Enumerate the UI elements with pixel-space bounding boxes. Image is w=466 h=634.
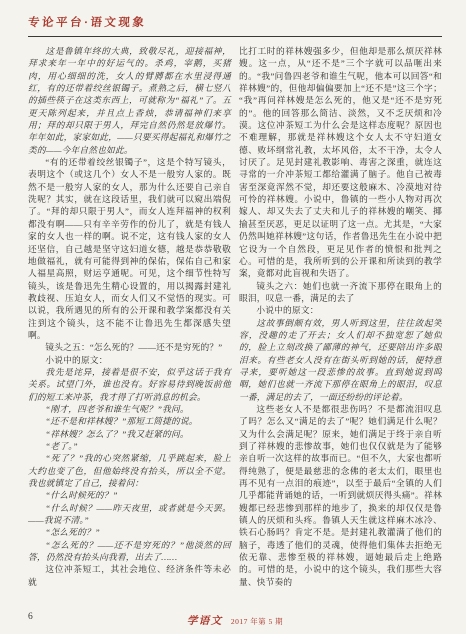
paragraph: 我先是诧异，接着是很不安，似乎这话于我有关系。试望门外，谁也没有。好容易待到晚饭… <box>28 366 231 403</box>
left-column: 这是鲁镇年终的大典，致敬尽礼，迎接福神，拜求来年一年中的好运气的。杀鸡，宰鹅，买… <box>28 45 231 598</box>
paragraph: 这位冲茶短工，其社会地位、经济条件等未必就 <box>28 563 231 588</box>
paragraph: 小说中的原文： <box>239 304 442 316</box>
paragraph: “死了？”我的心突然紧缩，几乎跳起来，脸上大约也变了色，但他始终没有抬头，所以全… <box>28 452 231 489</box>
page-header: 专论平台·语文现象 <box>28 13 442 37</box>
paragraph: “什么时候？——昨天夜里，或者就是今天罢。——我说不清。” <box>28 502 231 527</box>
paragraph: “有的还带着绞丝银镯子”，这是个特写镜头，表明这个（或这几个）女人不是一般穷人家… <box>28 156 231 341</box>
paragraph: 镜头之六：她们也就一齐流下那停在眼角上的眼泪，叹息一番，满足的去了 <box>239 280 442 305</box>
column-title: 专论平台·语文现象 <box>28 16 147 30</box>
right-column: 比打工时的祥林嫂强多少，但他却是那么烦厌祥林嫂。这一点，从“还不是”三个字就可以… <box>239 45 442 598</box>
paragraph: 这故事倒颇有效，男人听到这里，往往敛起笑容，没趣的走了开去；女人们却不独宽恕了她… <box>239 317 442 403</box>
paragraph: “怎么死的？” <box>28 526 231 538</box>
paragraph: “怎么死的？——还不是穷死的？”他淡然的回答，仍然没有抬头向我看，出去了…… <box>28 539 231 564</box>
paragraph: 这是鲁镇年终的大典，致敬尽礼，迎接福神，拜求来年一年中的好运气的。杀鸡，宰鹅，买… <box>28 45 231 156</box>
paragraph: 比打工时的祥林嫂强多少，但他却是那么烦厌祥林嫂。这一点，从“还不是”三个字就可以… <box>239 45 442 280</box>
paragraph: “什么时候死的？” <box>28 489 231 501</box>
article-body: 这是鲁镇年终的大典，致敬尽礼，迎接福神，拜求来年一年中的好运气的。杀鸡，宰鹅，买… <box>28 45 442 598</box>
paragraph: “老了。” <box>28 440 231 452</box>
page-footer: 6 学语文 2017 年第 5 期 <box>28 611 442 625</box>
paragraph: “刚才，四老爷和谁生气呢？”我问。 <box>28 403 231 415</box>
journal-page: 专论平台·语文现象 这是鲁镇年终的大典，致敬尽礼，迎接福神，拜求来年一年中的好运… <box>0 0 466 634</box>
paragraph: 镜头之五：“怎么死的？——还不是穷死的？” <box>28 341 231 353</box>
paragraph: “祥林嫂？怎么了？”我又赶紧的问。 <box>28 428 231 440</box>
paragraph: 小说中的原文： <box>28 354 231 366</box>
paragraph: “还不是和祥林嫂？”那短工简捷的说。 <box>28 415 231 427</box>
journal-name: 学语文 <box>187 616 223 627</box>
journal-issue: 2017 年第 5 期 <box>231 617 283 626</box>
footer-journal-line: 学语文 2017 年第 5 期 <box>28 611 442 629</box>
paragraph: 这些老女人不是都很悲伤吗？不是都流泪叹息了吗？怎么又“满足的去了”呢？她们满足什… <box>239 403 442 588</box>
header-rule <box>28 36 442 37</box>
